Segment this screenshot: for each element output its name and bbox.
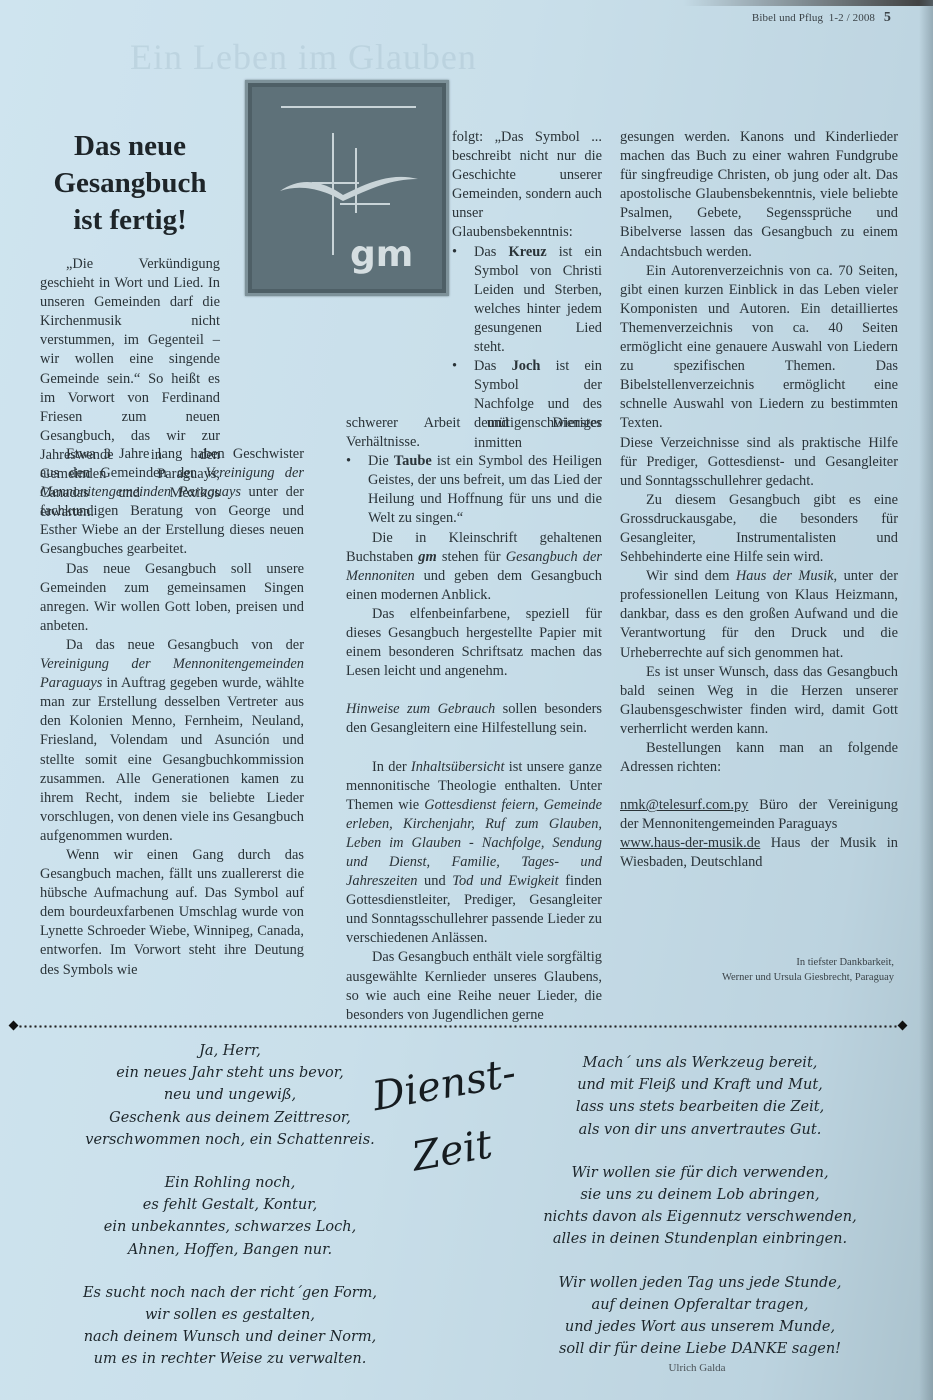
stanza: Wir wollen sie für dich verwenden,sie un… (540, 1162, 860, 1251)
paragraph: Das neue Gesangbuch soll unsere Gemeinde… (40, 560, 304, 636)
bleed-through-watermark: Ein Leben im Glauben (130, 36, 477, 78)
paragraph: Etwa 3 Jahre lang haben Geschwister aus … (40, 445, 304, 560)
title-line: Gesangbuch (40, 165, 220, 202)
article-title: Das neue Gesangbuch ist fertig! (40, 128, 220, 239)
diamond-icon (9, 1021, 19, 1031)
signature-line: In tiefster Dankbarkeit, (620, 955, 894, 970)
signature: In tiefster Dankbarkeit, Werner und Ursu… (620, 955, 894, 985)
poem-right: Mach´ uns als Werkzeug bereit,und mit Fl… (540, 1052, 860, 1381)
page-number: 5 (884, 10, 891, 25)
poem-title-line2: Zeit (409, 1121, 496, 1180)
poem-title-line1: Dienst- (369, 1050, 519, 1120)
cross-dove-yoke-icon: gm (248, 83, 446, 293)
column-1-continued: Etwa 3 Jahre lang haben Geschwister aus … (40, 445, 304, 980)
bullet-taube: •Die Taube ist ein Symbol des Heiligen G… (324, 452, 602, 528)
paragraph: Die in Kleinschrift gehaltenen Buchstabe… (346, 529, 602, 605)
dotted-divider (8, 1022, 908, 1032)
stanza: Mach´ uns als Werkzeug bereit,und mit Fl… (540, 1052, 860, 1141)
poem-author: Ulrich Galda (637, 1362, 757, 1374)
publication-name: Bibel und Pflug (752, 12, 823, 24)
page-curl-shadow (919, 0, 933, 1400)
poem-left: Ja, Herr,ein neues Jahr steht uns bevor,… (70, 1040, 390, 1392)
paragraph: Diese Verzeichnisse sind als praktische … (620, 434, 898, 491)
paragraph: Wenn wir einen Gang durch das Gesangbuch… (40, 846, 304, 980)
paragraph: Das Gesangbuch enthält viele sorgfältig … (346, 948, 602, 1024)
hymnbook-cover-image: gm (245, 80, 449, 296)
paragraph: schwerer Arbeit und schwieriger Verhältn… (346, 414, 602, 452)
bullet-icon: • (452, 243, 474, 262)
column-2: schwerer Arbeit und schwieriger Verhältn… (346, 414, 602, 1025)
issue-number: 1-2 / 2008 (829, 12, 875, 24)
scan-edge-shadow (683, 0, 933, 6)
running-header: Bibel und Pflug 1-2 / 2008 5 (752, 10, 891, 26)
paragraph: folgt: „Das Symbol ... beschreibt nicht … (452, 128, 602, 243)
paragraph: Ein Autorenverzeichnis von ca. 70 Seiten… (620, 262, 898, 434)
signature-line: Werner und Ursula Giesbrecht, Paraguay (620, 970, 894, 985)
paragraph: Bestellungen kann man an folgende Adress… (620, 739, 898, 777)
paragraph: In der Inhaltsübersicht ist unsere ganze… (346, 758, 602, 949)
diamond-icon (898, 1021, 908, 1031)
website-link[interactable]: www.haus-der-musik.de (620, 835, 760, 851)
bullet-kreuz: •Das Kreuz ist ein Symbol von Christi Le… (452, 243, 602, 358)
title-line: ist fertig! (40, 202, 220, 239)
bullet-icon: • (452, 357, 474, 376)
paragraph: Zu diesem Gesangbuch gibt es eine Grossd… (620, 491, 898, 567)
contact-entry: nmk@telesurf.com.py Büro der Vereinigung… (620, 796, 898, 834)
column-3: gesungen werden. Kanons und Kinderlieder… (620, 128, 898, 873)
paragraph: Es ist unser Wunsch, dass das Gesangbuch… (620, 663, 898, 739)
paragraph: Hinweise zum Gebrauch sollen besonders d… (346, 700, 602, 738)
paragraph: Da das neue Gesangbuch von der Vereinigu… (40, 636, 304, 846)
paragraph: Wir sind dem Haus der Musik, unter der p… (620, 567, 898, 662)
stanza: Ein Rohling noch,es fehlt Gestalt, Kontu… (70, 1172, 390, 1261)
stanza: Wir wollen jeden Tag uns jede Stunde,auf… (540, 1272, 860, 1361)
column-2-top: folgt: „Das Symbol ... beschreibt nicht … (452, 128, 602, 453)
stanza: Es sucht noch nach der richt´gen Form,wi… (70, 1282, 390, 1371)
stanza: Ja, Herr,ein neues Jahr steht uns bevor,… (70, 1040, 390, 1151)
contact-entry: www.haus-der-musik.de Haus der Musik in … (620, 834, 898, 872)
bullet-icon: • (346, 452, 368, 471)
email-link[interactable]: nmk@telesurf.com.py (620, 797, 748, 813)
svg-text:gm: gm (350, 234, 413, 275)
paragraph: Das elfenbeinfarbene, speziell für diese… (346, 605, 602, 681)
paragraph: gesungen werden. Kanons und Kinderlieder… (620, 128, 898, 262)
title-line: Das neue (40, 128, 220, 165)
